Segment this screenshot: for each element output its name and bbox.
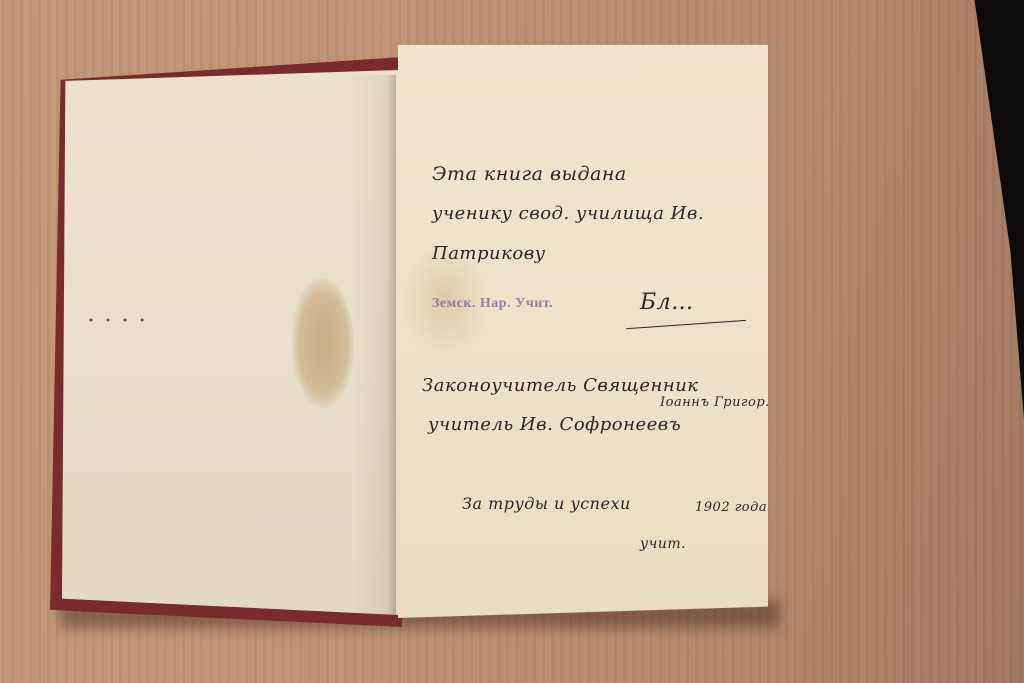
inscription-line-7: За труды и успехи [462,494,631,513]
signature: Бл… [640,290,694,315]
binding-gutter [350,75,396,615]
inscription-line-1: Эта книга выдана [432,163,627,185]
library-stamp: Земск. Нар. Учит. [432,296,553,312]
inscription-line-4: Законоучитель Священник [422,375,699,396]
ink-dots: • • • • [88,316,149,327]
inscription-year: 1902 года [695,500,767,515]
water-stain [292,278,354,408]
inscription-line-3: Патрикову [432,243,546,264]
inscription-line-6: учитель Ив. Софронеевъ [428,414,681,435]
inscription-closing: учит. [640,536,686,552]
inscription-line-2: ученику свод. училища Ив. [432,203,704,224]
inscription-line-5: Іоаннъ Григор. [660,395,770,410]
